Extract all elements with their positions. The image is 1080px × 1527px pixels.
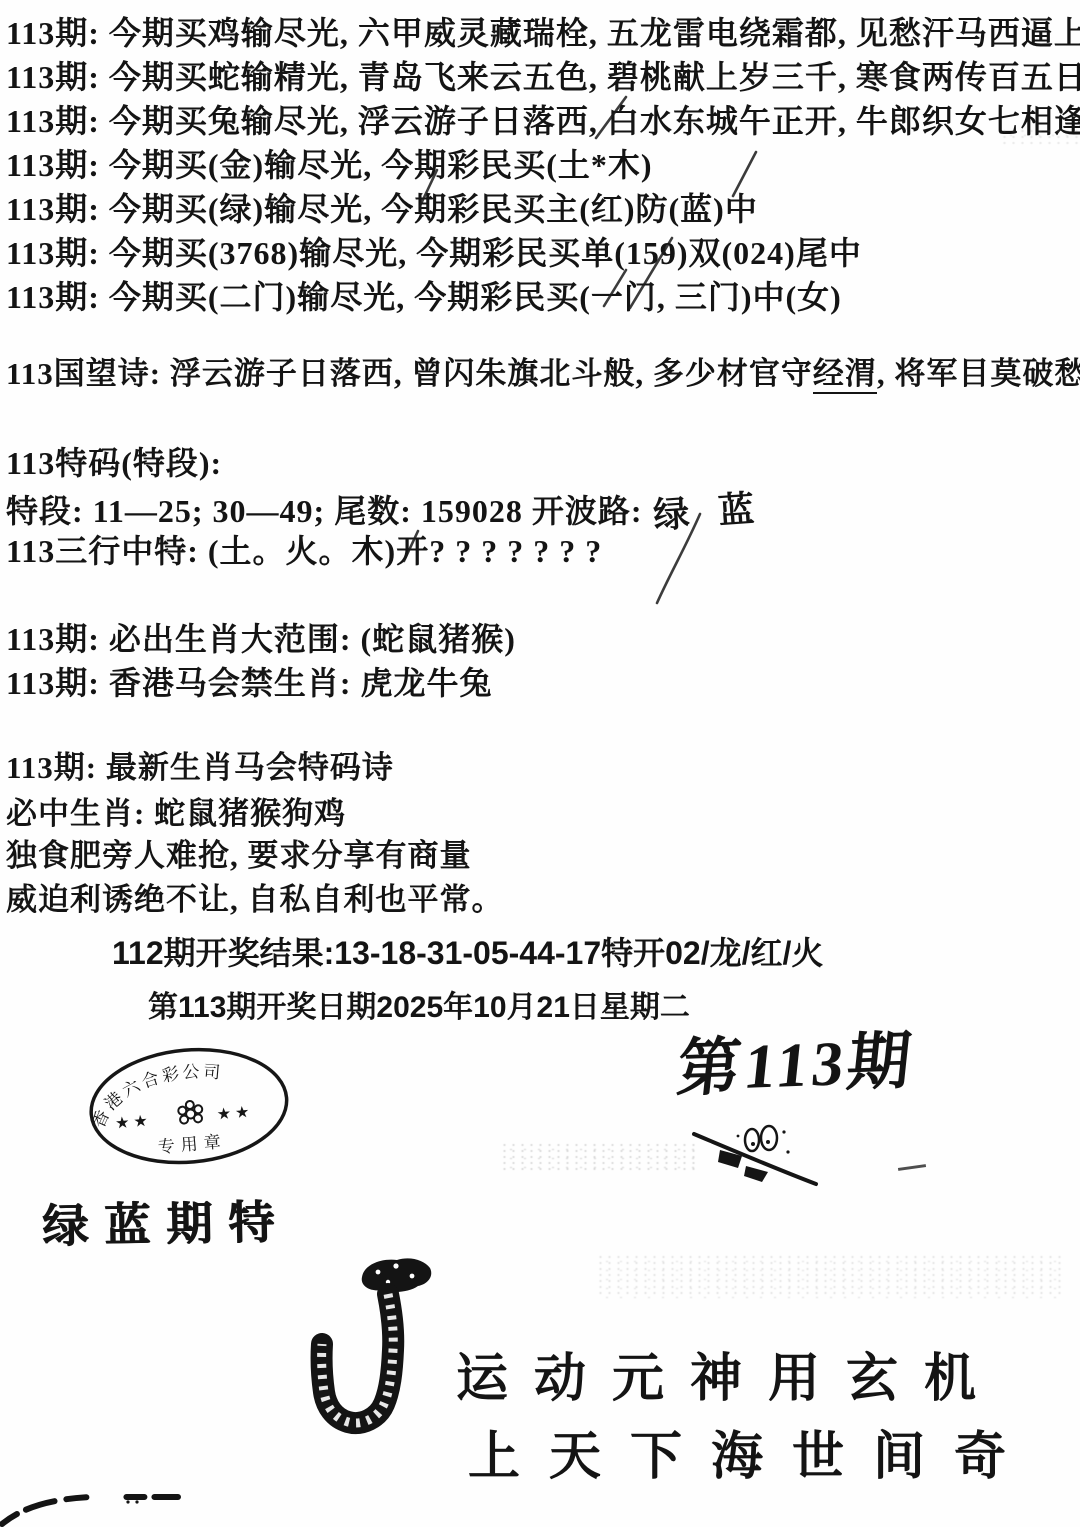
lottery-tip-sheet: 113期: 今期买鸡输尽光, 六甲威灵藏瑞栓, 五龙雷电绕霜都, 见愁汗马西逼上… [0,0,1080,1527]
pen-strokes-overlay [0,0,1080,1527]
partial-stamp-arc [0,1488,210,1527]
